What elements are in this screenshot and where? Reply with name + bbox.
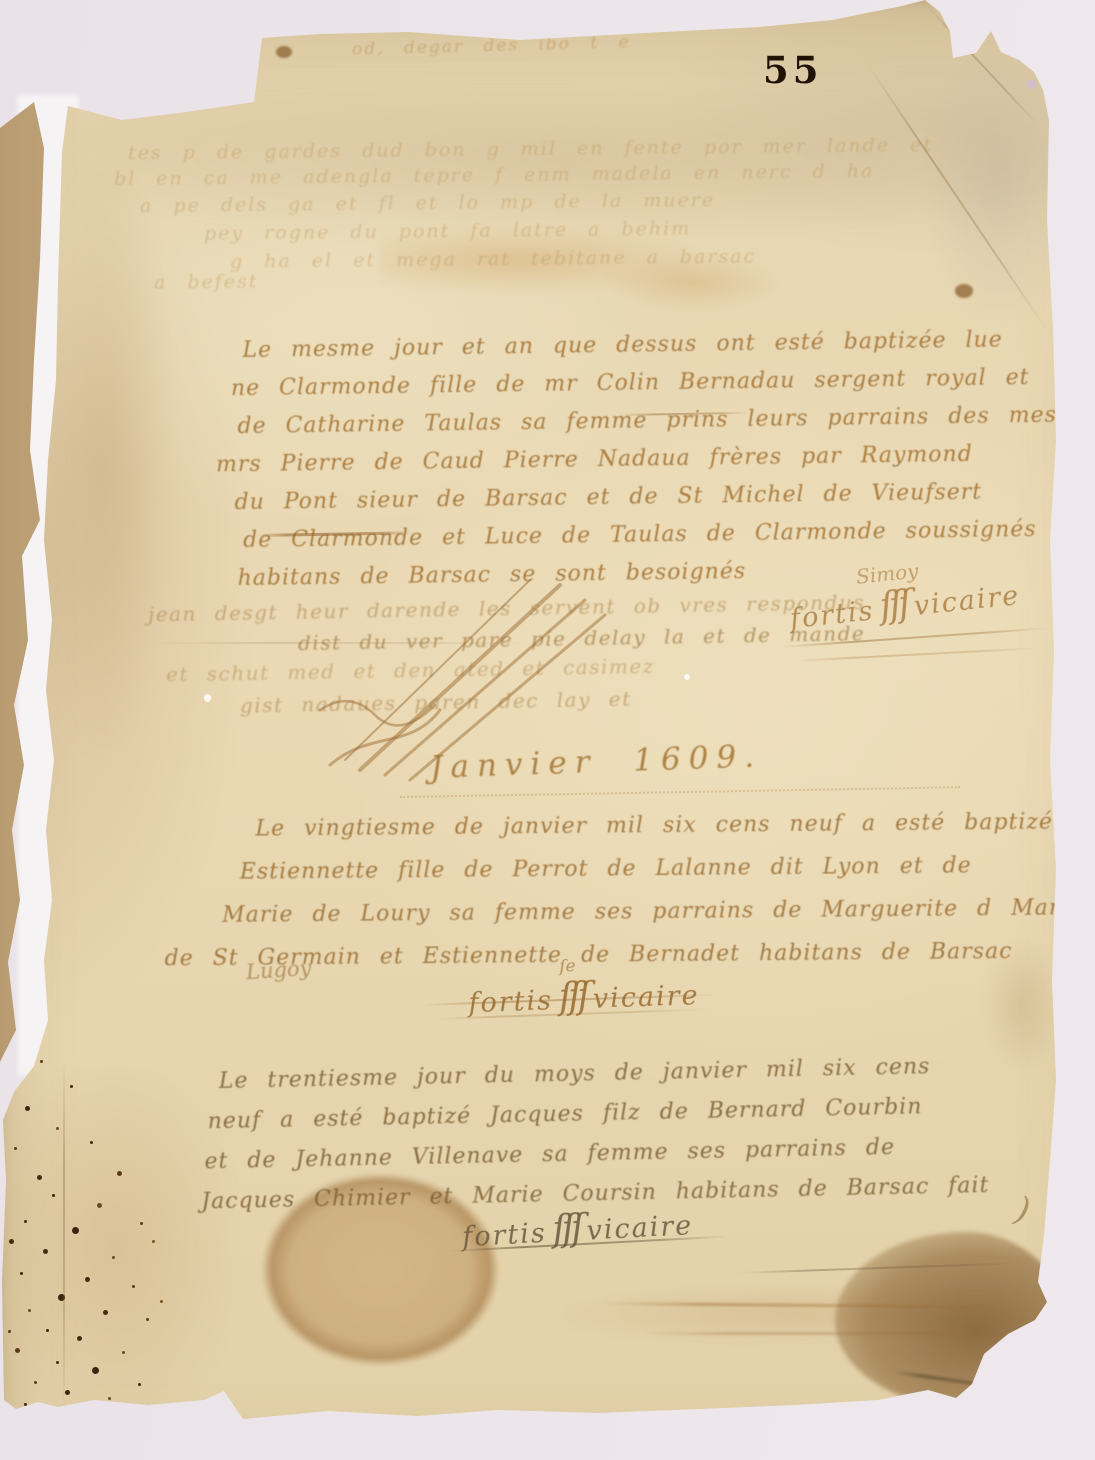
baptism-entry-3: Le trentiesme jour du moys de janvier mi… [210,1046,989,1222]
marginal-note: Lugoy [245,956,312,985]
stain-edge-line [640,1332,1020,1335]
manuscript-photo: 55 od, degar des ibo t etes p de gardes … [0,0,1095,1460]
foxing-spots [0,0,3,3]
handwritten-line: Le vingtiesme de janvier mil six cens ne… [255,800,1093,850]
handwritten-line: Estiennette fille de Perrot de Lalanne d… [240,843,1094,893]
manuscript-page: 55 od, degar des ibo t etes p de gardes … [0,0,1095,1460]
handwritten-line: Marie de Loury sa femme ses parrains de … [222,886,1094,937]
